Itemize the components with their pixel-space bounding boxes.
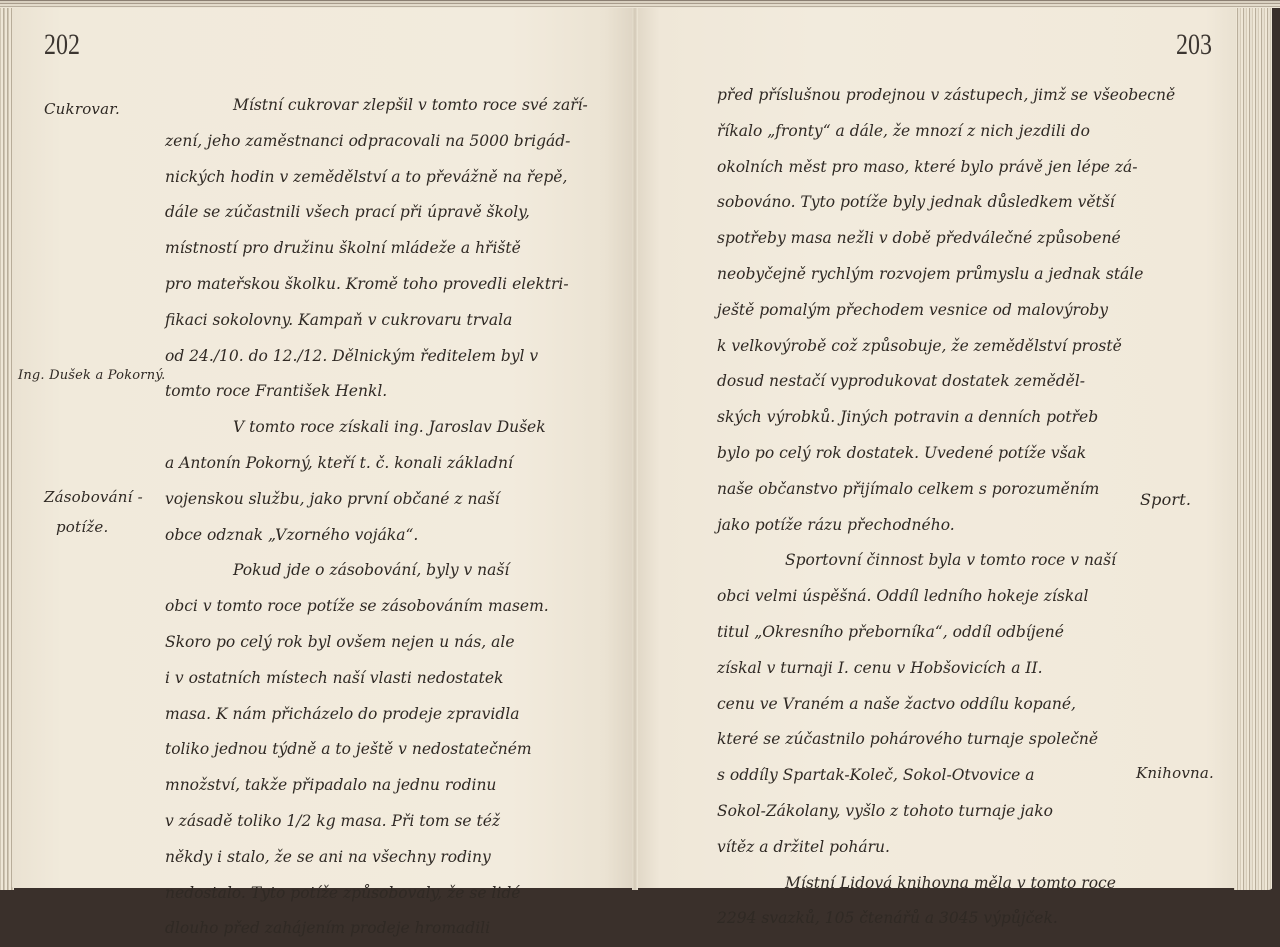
book-spread: 202 Cukrovar. Ing. Dušek a Pokorný. Záso… — [0, 0, 1280, 905]
margin-note-cukrovar: Cukrovar. — [44, 100, 120, 118]
text-line: ještě pomalým přechodem vesnice od malov… — [717, 293, 1175, 329]
page-number-left: 202 — [44, 28, 80, 62]
text-line: V tomto roce získali ing. Jaroslav Dušek — [165, 410, 588, 446]
text-line: cenu ve Vraném a naše žactvo oddílu kopa… — [717, 687, 1175, 723]
text-line: Místní cukrovar zlepšil v tomto roce své… — [165, 88, 588, 124]
text-line: i v ostatních místech naší vlasti nedost… — [165, 661, 588, 697]
text-line: které se zúčastnilo pohárového turnaje s… — [717, 722, 1175, 758]
text-line: zení, jeho zaměstnanci odpracovali na 50… — [165, 124, 588, 160]
text-line: k velkovýrobě což způsobuje, že zeměděls… — [717, 329, 1175, 365]
text-line: nických hodin v zemědělství a to převážn… — [165, 160, 588, 196]
text-line: vítěz a držitel poháru. — [717, 830, 1175, 866]
text-line: naše občanstvo přijímalo celkem s porozu… — [717, 472, 1175, 508]
text-line: obci velmi úspěšná. Oddíl ledního hokeje… — [717, 579, 1175, 615]
text-line: od 24./10. do 12./12. Dělnickým ředitele… — [165, 339, 588, 375]
right-page-edges — [1234, 4, 1274, 890]
text-line: Skoro po celý rok byl ovšem nejen u nás,… — [165, 625, 588, 661]
text-line: s oddíly Spartak-Koleč, Sokol-Otvovice a — [717, 758, 1175, 794]
page-number-right: 203 — [1176, 28, 1212, 62]
text-line: a Antonín Pokorný, kteří t. č. konali zá… — [165, 446, 588, 482]
text-line: toliko jednou týdně a to ještě v nedosta… — [165, 732, 588, 768]
text-line: ských výrobků. Jiných potravin a denních… — [717, 400, 1175, 436]
left-page-text: Místní cukrovar zlepšil v tomto roce své… — [165, 88, 588, 905]
text-line: Pokud jde o zásobování, byly v naší — [165, 553, 588, 589]
text-line: tomto roce František Henkl. — [165, 374, 588, 410]
text-line: masa. K nám přicházelo do prodeje zpravi… — [165, 697, 588, 733]
text-line: jako potíže rázu přechodného. — [717, 508, 1175, 544]
text-line: dále se zúčastnili všech prací při úprav… — [165, 195, 588, 231]
text-line: neobyčejně rychlým rozvojem průmyslu a j… — [717, 257, 1175, 293]
text-line: říkalo „fronty“ a dále, že mnozí z nich … — [717, 114, 1175, 150]
text-line: sobováno. Tyto potíže byly jednak důsled… — [717, 185, 1175, 221]
text-line: fikaci sokolovny. Kampaň v cukrovaru trv… — [165, 303, 588, 339]
right-page-text: před příslušnou prodejnou v zástupech, j… — [717, 78, 1175, 905]
book-gutter — [632, 6, 638, 890]
text-line: vojenskou službu, jako první občané z na… — [165, 482, 588, 518]
text-line: 2294 svazků, 105 čtenářů a 3045 výpůjček… — [717, 901, 1175, 905]
margin-note-zasobovani: Zásobování - — [44, 488, 143, 506]
text-line: dosud nestačí vyprodukovat dostatek země… — [717, 364, 1175, 400]
text-line: obce odznak „Vzorného vojáka“. — [165, 518, 588, 554]
text-line: titul „Okresního přeborníka“, oddíl odbí… — [717, 615, 1175, 651]
top-page-edges — [0, 0, 1280, 8]
text-line: místností pro družinu školní mládeže a h… — [165, 231, 588, 267]
margin-note-dusek-pokorny: Ing. Dušek a Pokorný. — [18, 368, 165, 383]
text-line: před příslušnou prodejnou v zástupech, j… — [717, 78, 1175, 114]
text-line: někdy i stalo, že se ani na všechny rodi… — [165, 840, 588, 876]
text-line: v zásadě toliko 1/2 kg masa. Při tom se … — [165, 804, 588, 840]
text-line: Sokol-Zákolany, vyšlo z tohoto turnaje j… — [717, 794, 1175, 830]
text-line: okolních měst pro maso, které bylo právě… — [717, 150, 1175, 186]
background-shadow — [1272, 0, 1280, 905]
text-line: bylo po celý rok dostatek. Uvedené potíž… — [717, 436, 1175, 472]
text-line: množství, takže připadalo na jednu rodin… — [165, 768, 588, 804]
text-line: Sportovní činnost byla v tomto roce v na… — [717, 543, 1175, 579]
text-line: nedostalo. Tyto potíže způsobovaly, že s… — [165, 876, 588, 905]
text-line: získal v turnaji I. cenu v Hobšovicích a… — [717, 651, 1175, 687]
margin-note-potize: potíže. — [56, 518, 108, 536]
text-line: pro mateřskou školku. Kromě toho provedl… — [165, 267, 588, 303]
text-line: Místní Lidová knihovna měla v tomto roce — [717, 866, 1175, 902]
text-line: obci v tomto roce potíže se zásobováním … — [165, 589, 588, 625]
text-line: spotřeby masa nežli v době předválečné z… — [717, 221, 1175, 257]
